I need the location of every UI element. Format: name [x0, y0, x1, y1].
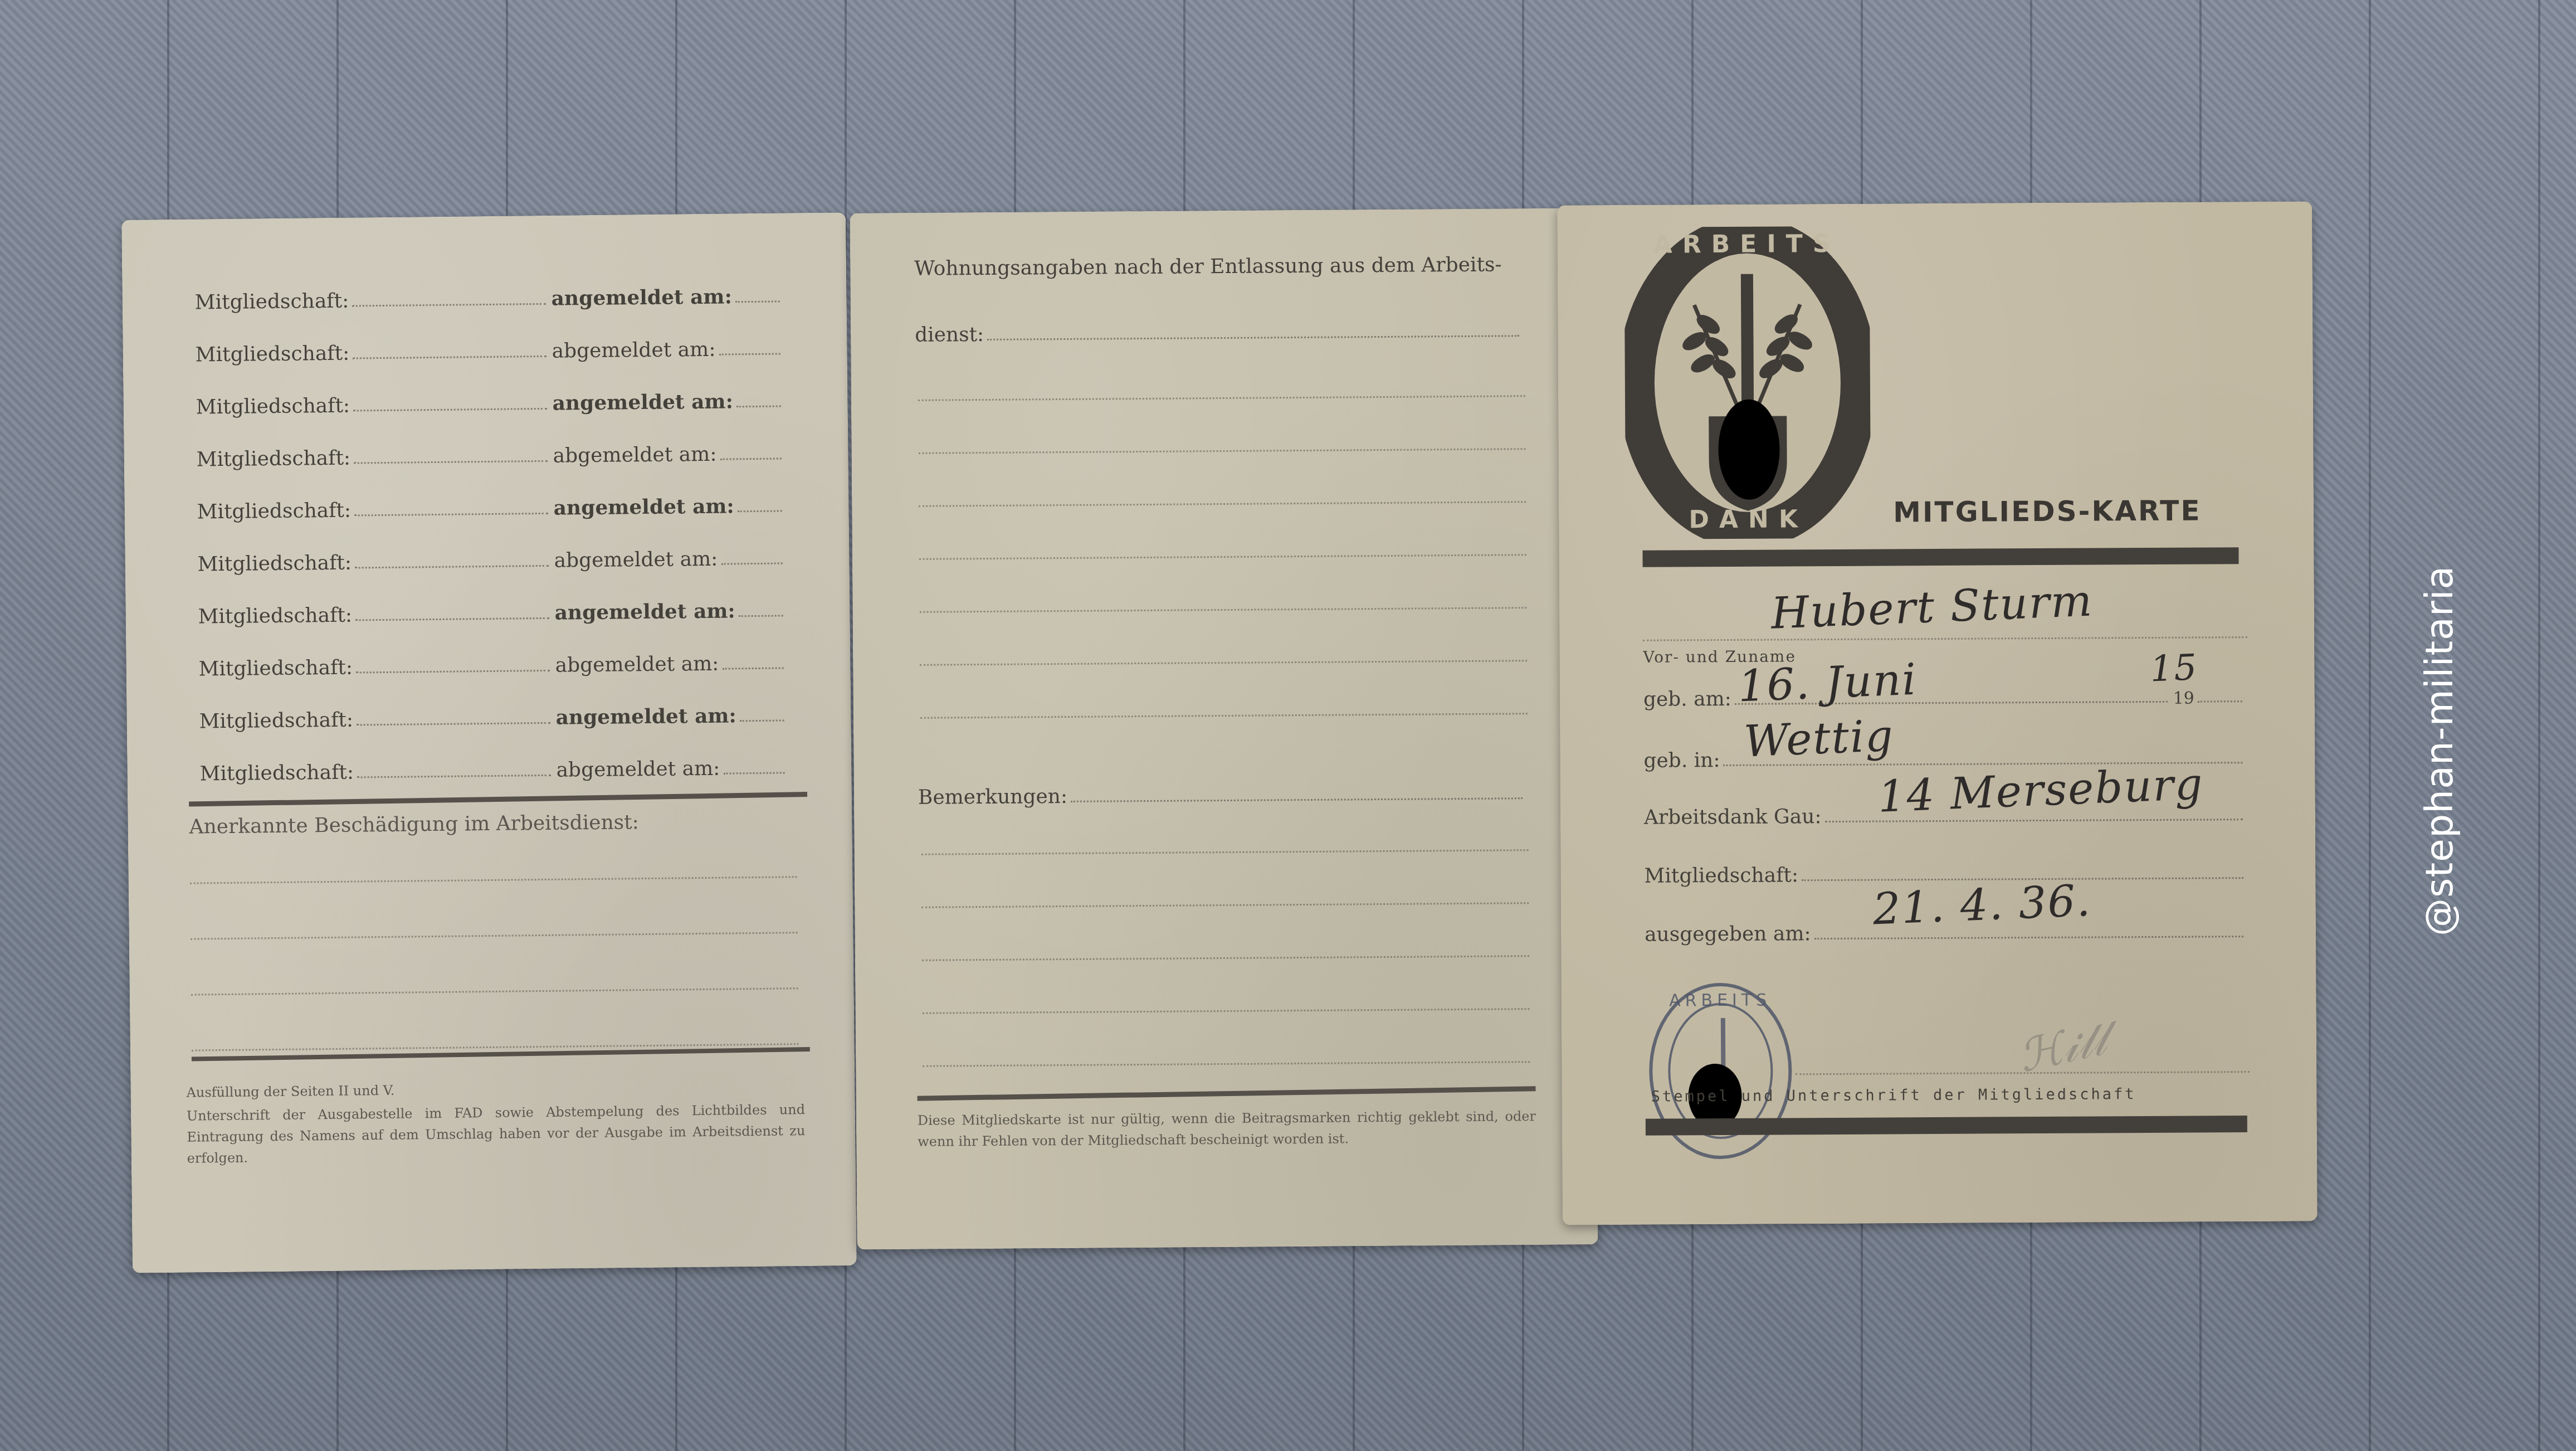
card-middle-page: Wohnungsangaben nach der Entlassung aus …	[850, 208, 1598, 1249]
watermark: @stephan-militaria	[2418, 566, 2462, 936]
signature-caption: Stempel und Unterschrift der Mitgliedsch…	[1651, 1085, 2136, 1106]
membership-field	[354, 460, 548, 464]
membership-field	[357, 722, 550, 726]
birth-place-label: geb. in:	[1643, 749, 1720, 772]
registered-date-label: angemeldet am:	[551, 285, 732, 310]
birth-year-prefix: 19	[2173, 689, 2194, 708]
membership-label: Mitgliedschaft:	[196, 395, 350, 419]
membership-field	[352, 303, 546, 307]
membership-label: Mitgliedschaft:	[197, 552, 352, 576]
registered-date-field	[736, 405, 781, 407]
section-divider	[189, 792, 807, 806]
svg-text:ARBEITS: ARBEITS	[1669, 991, 1771, 1011]
registered-date-label: angemeldet am:	[552, 389, 733, 415]
deregistered-date-label: abgemeldet am:	[555, 653, 719, 677]
membership-field	[355, 617, 549, 621]
remarks-line	[922, 955, 1529, 961]
issued-field	[1814, 936, 2243, 939]
deregistered-date-field	[722, 667, 783, 669]
registered-date-field	[739, 615, 783, 617]
registered-date-field	[740, 719, 784, 722]
name-handwritten: Hubert Sturm	[1770, 576, 2094, 639]
remarks-label: Bemerkungen:	[918, 785, 1068, 809]
birth-year-field	[2198, 700, 2242, 702]
bottom-bar	[1646, 1116, 2247, 1136]
address-label-cont: dienst:	[915, 323, 984, 347]
validity-note: Diese Mitgliedskarte ist nur gültig, wen…	[918, 1106, 1536, 1152]
stamp-icon: ARBEITS	[1645, 978, 1796, 1163]
membership-row: Mitgliedschaft: abgemeldet am:	[198, 641, 789, 680]
injury-line	[191, 987, 798, 995]
registered-date-field	[738, 510, 782, 512]
remarks-line	[921, 849, 1529, 855]
remarks-field	[1071, 797, 1523, 802]
remarks-row: Bemerkungen:	[918, 771, 1528, 809]
address-line	[918, 395, 1525, 401]
membership-field	[357, 775, 551, 778]
membership-label: Mitgliedschaft:	[194, 290, 349, 314]
card-title: MITGLIEDS-KARTE	[1893, 495, 2202, 529]
birth-place-handwritten: Wettig	[1743, 711, 1895, 767]
injury-line	[190, 876, 797, 884]
injury-line	[191, 932, 798, 939]
membership-field	[354, 513, 548, 517]
deregistered-date-field	[719, 353, 780, 355]
membership-row: Mitgliedschaft: angemeldet am:	[194, 274, 786, 314]
registered-date-label: angemeldet am:	[554, 599, 735, 624]
membership-field	[353, 408, 547, 412]
section-divider	[918, 1086, 1536, 1101]
membership-label: Mitgliedschaft:	[199, 709, 353, 733]
membership-row: Mitgliedschaft: abgemeldet am:	[196, 431, 787, 471]
svg-text:ARBEITS: ARBEITS	[1653, 230, 1841, 259]
issued-label: ausgegeben am:	[1645, 922, 1811, 946]
membership-row: Mitgliedschaft: abgemeldet am:	[197, 536, 788, 576]
registered-date-label: angemeldet am:	[553, 494, 734, 519]
membership-label: Mitgliedschaft:	[196, 447, 350, 471]
membership-field	[356, 670, 550, 674]
membership-row: Mitgliedschaft: angemeldet am:	[196, 379, 787, 418]
address-line	[920, 607, 1527, 613]
deregistered-date-field	[721, 562, 782, 564]
remarks-line	[923, 1008, 1530, 1014]
registered-date-label: angemeldet am:	[555, 704, 736, 729]
name-line	[1643, 636, 2247, 641]
shovel-wreath-icon: ARBEITS DANK	[1624, 226, 1871, 539]
deregistered-date-field	[723, 772, 784, 774]
membership-row: Mitgliedschaft: angemeldet am:	[199, 693, 790, 733]
membership-row: Mitgliedschaft: angemeldet am:	[197, 484, 788, 523]
address-line	[920, 660, 1527, 666]
birth-date-label: geb. am:	[1643, 688, 1731, 711]
footnote-heading: Ausfüllung der Seiten II und V.	[186, 1075, 804, 1103]
remarks-line	[923, 1061, 1530, 1067]
deregistered-date-label: abgemeldet am:	[556, 757, 720, 782]
address-row: dienst:	[915, 309, 1525, 347]
card-left-page: Mitgliedschaft: angemeldet am: Mitglieds…	[121, 212, 857, 1273]
issued-date-handwritten: 21. 4. 36.	[1872, 876, 2092, 935]
membership-label: Mitgliedschaft:	[195, 342, 349, 367]
membership-row: Mitgliedschaft: abgemeldet am:	[199, 746, 791, 785]
membership-label: Mitgliedschaft:	[198, 656, 353, 681]
address-line	[919, 501, 1526, 507]
membership-row: Mitgliedschaft: abgemeldet am:	[195, 327, 786, 366]
footnote-body: Unterschrift der Ausgabestelle im FAD so…	[187, 1099, 806, 1169]
registered-date-field	[735, 300, 780, 303]
membership-label: Mitgliedschaft:	[197, 499, 351, 524]
remarks-line	[921, 902, 1529, 908]
membership-field	[353, 356, 547, 359]
membership-label: Mitgliedschaft:	[199, 761, 354, 786]
membership-label: Mitgliedschaft:	[198, 604, 352, 629]
membership-label: Mitgliedschaft:	[1644, 864, 1798, 887]
address-line	[919, 448, 1526, 454]
membership-field	[355, 565, 549, 569]
title-bar	[1642, 547, 2238, 567]
address-label: Wohnungsangaben nach der Entlassung aus …	[914, 253, 1502, 280]
deregistered-date-label: abgemeldet am:	[553, 443, 716, 468]
deregistered-date-label: abgemeldet am:	[554, 548, 718, 572]
birth-date-handwritten: 16. Juni	[1737, 655, 1918, 712]
birth-year-handwritten: 15	[2149, 647, 2198, 690]
official-stamp: ARBEITS	[1645, 978, 1796, 1163]
svg-text:DANK: DANK	[1689, 505, 1808, 534]
card-front-page: ARBEITS DANK MITGLIEDS-KARTE Hubert Stur…	[1557, 201, 2318, 1225]
membership-row: Mitgliedschaft: angemeldet am:	[198, 588, 789, 628]
address-line	[919, 554, 1526, 560]
injury-label: Anerkannte Beschädigung im Arbeitsdienst…	[189, 811, 639, 838]
arbeitsdank-logo: ARBEITS DANK	[1624, 226, 1871, 539]
address-field	[987, 335, 1519, 340]
address-line	[920, 713, 1528, 719]
gau-label: Arbeitsdank Gau:	[1644, 805, 1822, 829]
deregistered-date-field	[720, 457, 781, 460]
deregistered-date-label: abgemeldet am:	[552, 338, 715, 363]
